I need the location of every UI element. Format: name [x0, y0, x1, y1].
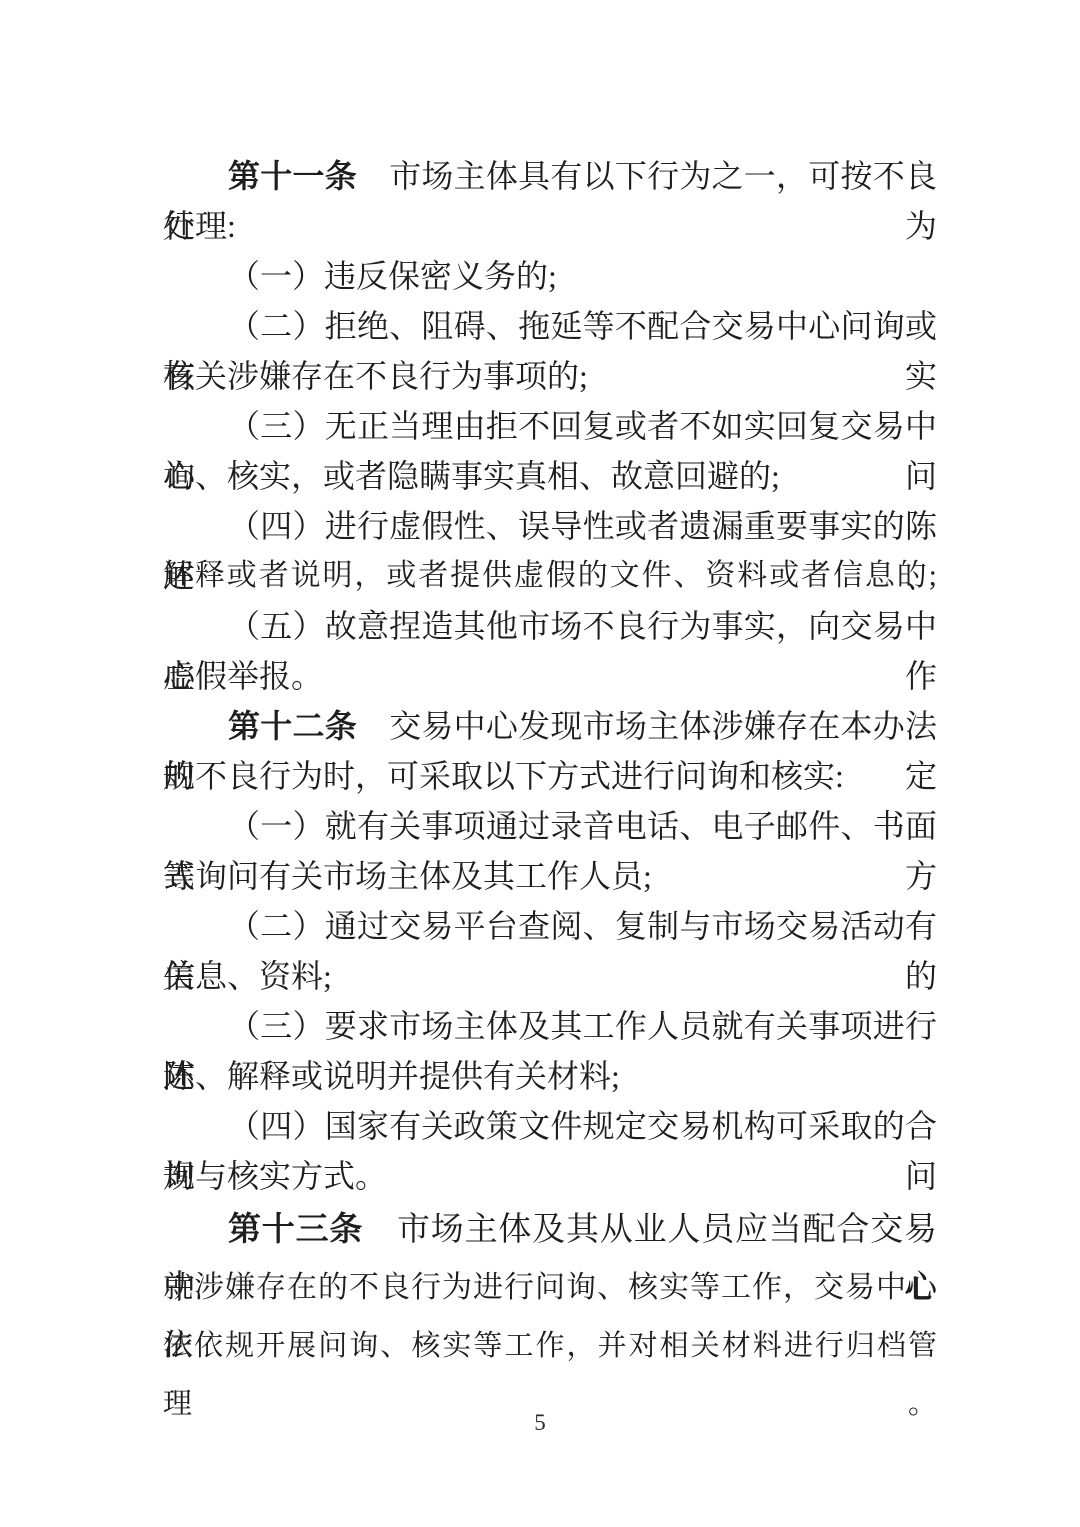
text-line: （四）国家有关政策文件规定交易机构可采取的合规问 — [163, 1101, 937, 1151]
text-line: 述、解释或说明并提供有关材料; — [163, 1051, 937, 1101]
document-page: 第十一条 市场主体具有以下行为之一，可按不良行为 处理: （一）违反保密义务的;… — [0, 0, 1080, 1527]
line-text: 式询问有关市场主体及其工作人员; — [163, 858, 652, 894]
document-body: 第十一条 市场主体具有以下行为之一，可按不良行为 处理: （一）违反保密义务的;… — [163, 151, 937, 1375]
text-line: 就涉嫌存在的不良行为进行问询、核实等工作，交易中心依 — [163, 1259, 937, 1317]
line-text: 询、核实，或者隐瞒事实真相、故意回避的; — [163, 458, 780, 494]
line-text: （一）违反保密义务的; — [228, 258, 557, 294]
text-line: （四）进行虚假性、误导性或者遗漏重要事实的陈述、 — [163, 501, 937, 551]
text-line: （五）故意捏造其他市场不良行为事实，向交易中心作 — [163, 601, 937, 651]
article-number: 第十三条 — [228, 1212, 363, 1248]
text-line: （二）通过交易平台查阅、复制与市场交易活动有关的 — [163, 901, 937, 951]
text-line: （三）无正当理由拒不回复或者不如实回复交易中心问 — [163, 401, 937, 451]
text-line: 第十三条 市场主体及其从业人员应当配合交易中心 — [163, 1201, 937, 1259]
text-line: （一）违反保密义务的; — [163, 251, 937, 301]
line-text: 虚假举报。 — [163, 658, 323, 694]
line-text: 有关涉嫌存在不良行为事项的; — [163, 358, 588, 394]
article-number: 第十二条 — [228, 708, 357, 744]
text-line: （一）就有关事项通过录音电话、电子邮件、书面等方 — [163, 801, 937, 851]
line-text: 解释或者说明，或者提供虚假的文件、资料或者信息的; — [163, 559, 937, 592]
page-number: 5 — [0, 1405, 1080, 1441]
text-line: 第十一条 市场主体具有以下行为之一，可按不良行为 — [163, 151, 937, 201]
line-text: 询与核实方式。 — [163, 1158, 387, 1194]
text-line: 解释或者说明，或者提供虚假的文件、资料或者信息的; — [163, 551, 937, 601]
text-line: （三）要求市场主体及其工作人员就有关事项进行陈 — [163, 1001, 937, 1051]
text-line: 的不良行为时，可采取以下方式进行问询和核实: — [163, 751, 937, 801]
text-line: 法依规开展问询、核实等工作，并对相关材料进行归档管理。 — [163, 1317, 937, 1375]
article-number: 第十一条 — [228, 158, 357, 194]
line-text: 述、解释或说明并提供有关材料; — [163, 1058, 620, 1094]
line-text: 的不良行为时，可采取以下方式进行问询和核实: — [163, 758, 844, 794]
text-line: 第十二条 交易中心发现市场主体涉嫌存在本办法规定 — [163, 701, 937, 751]
text-line: （二）拒绝、阻碍、拖延等不配合交易中心问询或核实 — [163, 301, 937, 351]
line-text: 处理: — [163, 208, 236, 244]
line-text: 信息、资料; — [163, 958, 332, 994]
